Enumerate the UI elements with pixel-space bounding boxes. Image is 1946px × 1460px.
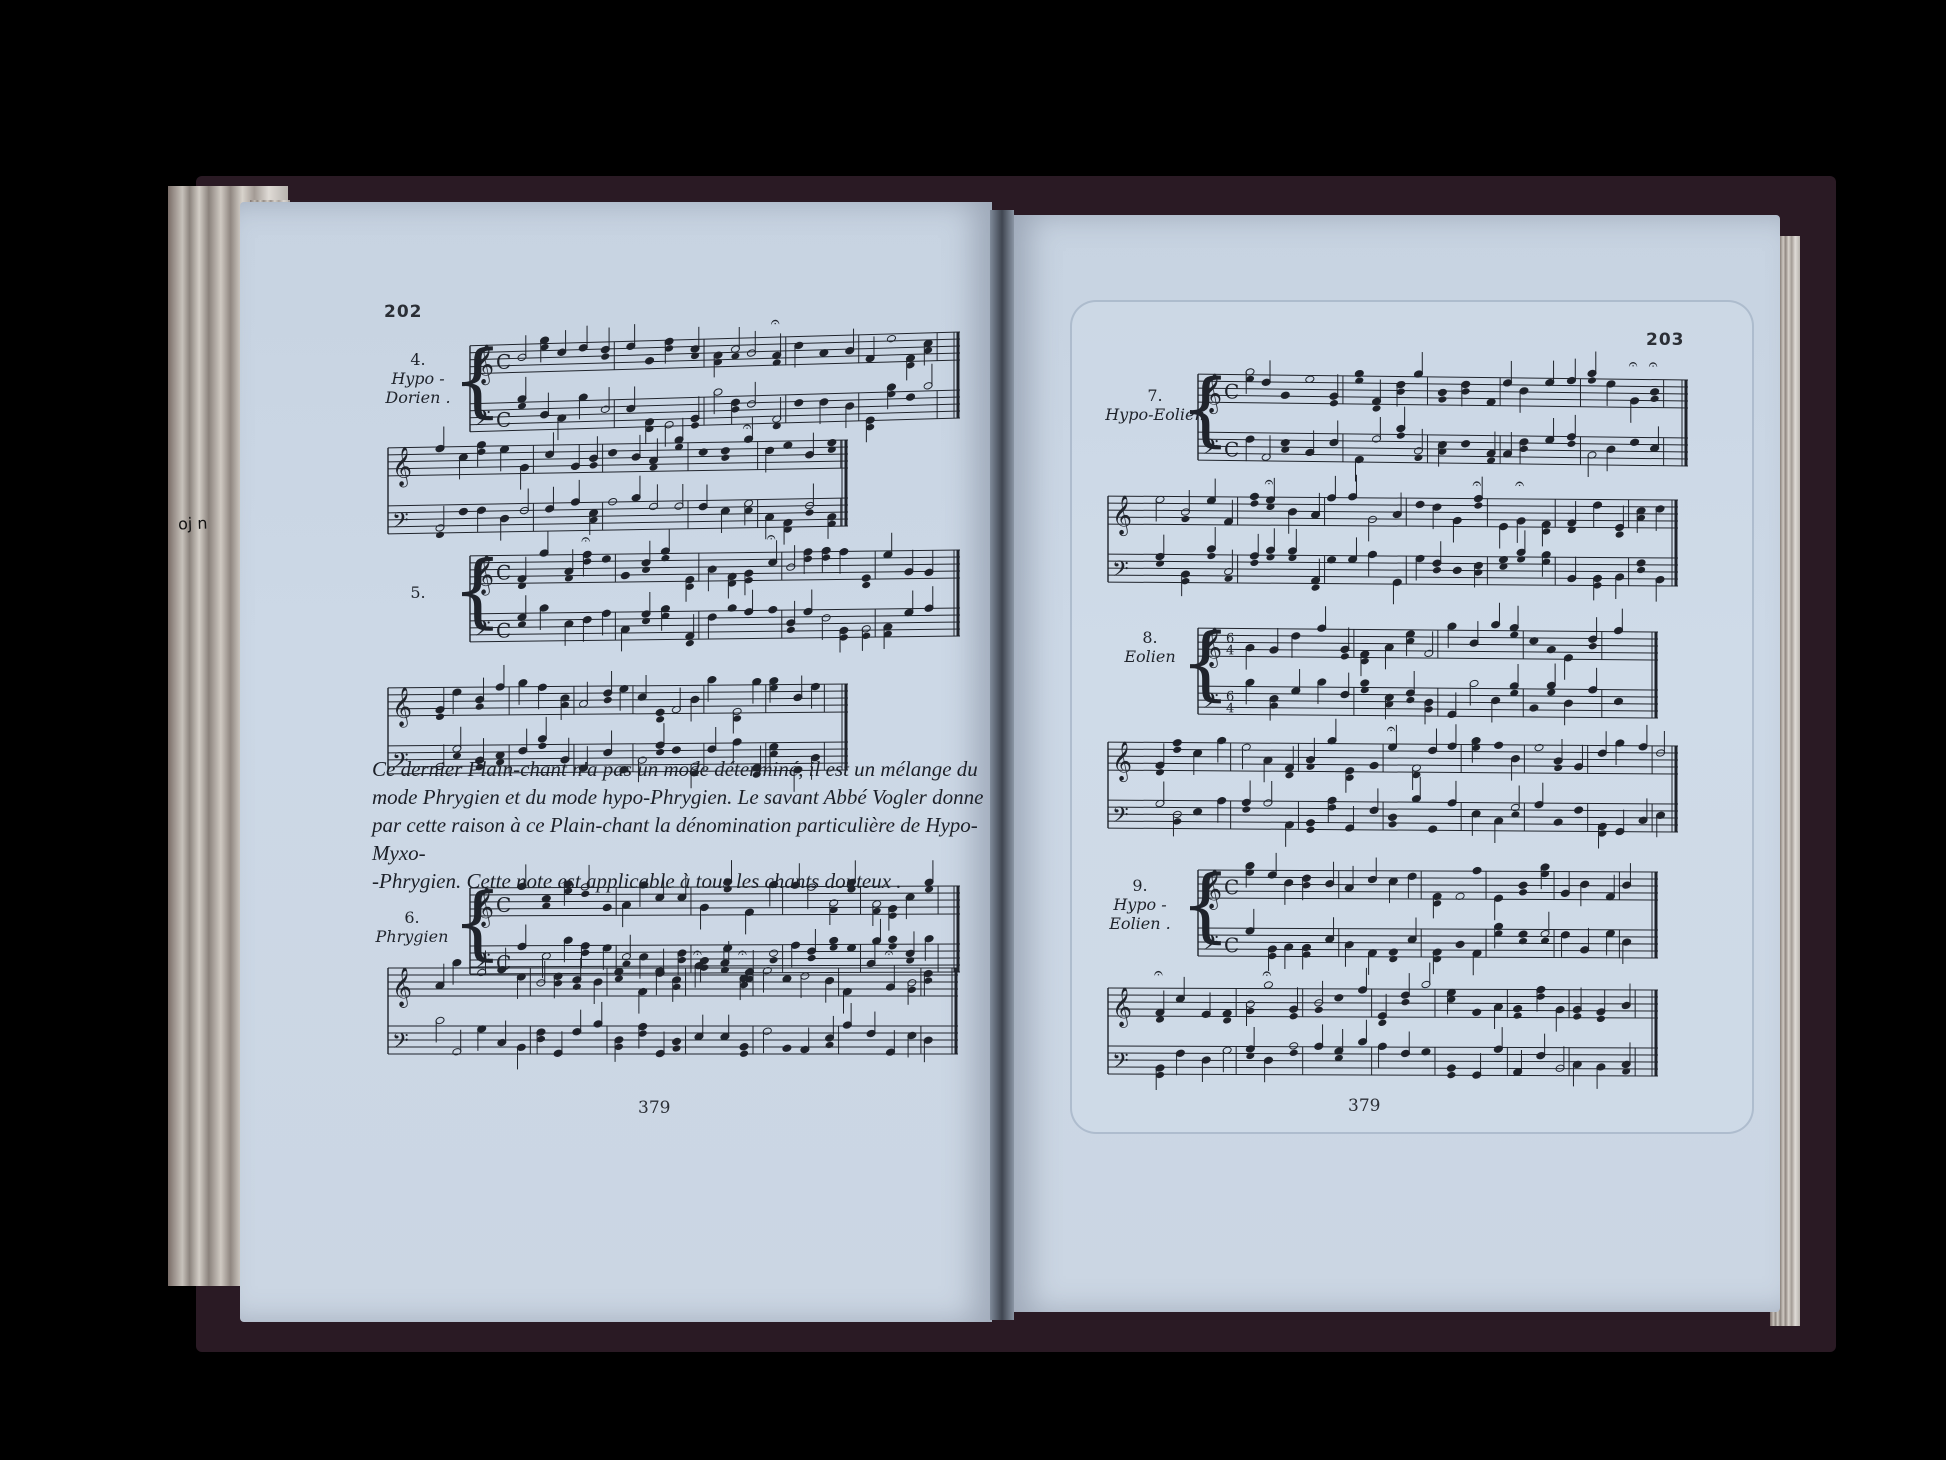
bass-clef-icon: 𝄢 — [1112, 803, 1129, 833]
fermata-icon: 𝄐 — [1265, 472, 1274, 491]
mode-name: Eolien — [1124, 647, 1175, 666]
example-label-9: 9. Hypo - Eolien . — [1100, 876, 1180, 933]
treble-clef-icon: 𝄞 — [1112, 987, 1132, 1028]
treble-clef-icon: 𝄞 — [392, 687, 412, 728]
time-signature: C — [496, 408, 511, 432]
example-label-6: 6. Phrygien — [362, 908, 462, 946]
grand-staff: 𝄞𝄢𝄐𝄐 — [1098, 980, 1658, 1090]
bass-clef-icon: 𝄢 — [392, 1029, 409, 1059]
mode-name: Hypo - — [1113, 895, 1166, 914]
example-number: 5. — [398, 583, 438, 602]
grand-staff: {𝄞𝄢6464 — [1188, 620, 1658, 730]
grand-staff: 𝄞𝄢𝄐 — [378, 440, 848, 550]
example-number: 6. — [362, 908, 462, 927]
time-signature: C — [1224, 379, 1239, 403]
treble-clef-icon: 𝄞 — [392, 967, 412, 1008]
fermata-icon: 𝄐 — [743, 417, 752, 436]
treble-clef-icon: 𝄞 — [474, 887, 494, 928]
mode-name: Hypo - — [391, 369, 444, 388]
fermata-icon: 𝄐 — [738, 943, 747, 962]
fermata-icon: 𝄐 — [885, 943, 894, 962]
grand-staff: {𝄞𝄢CC𝄐𝄐 — [460, 548, 960, 658]
fermata-icon: 𝄐 — [767, 527, 776, 546]
bass-clef-icon: 𝄢 — [392, 508, 409, 538]
plate-number-right: 379 — [1348, 1096, 1380, 1116]
time-signature: C — [1224, 875, 1239, 899]
treble-clef-icon: 𝄞 — [392, 446, 412, 487]
fermata-icon: 𝄐 — [1154, 963, 1163, 982]
example-number: 4. — [378, 350, 458, 369]
bass-clef-icon: 𝄢 — [474, 617, 491, 647]
plate-number-left: 379 — [638, 1098, 670, 1118]
fermata-icon: 𝄐 — [1515, 474, 1524, 493]
margin-mark: oj n — [178, 513, 208, 533]
mode-name-cont: Eolien . — [1109, 914, 1171, 933]
fermata-icon: 𝄐 — [693, 943, 702, 962]
paragraph-line: par cette raison à ce Plain-chant la dén… — [372, 811, 1022, 867]
bass-clef-icon: 𝄢 — [1112, 557, 1129, 587]
page-number-right: 203 — [1646, 330, 1685, 350]
treble-clef-icon: 𝄞 — [474, 555, 494, 596]
bass-clef-icon: 𝄢 — [1202, 689, 1219, 719]
example-label-5: 5. — [398, 583, 438, 602]
fermata-icon: 𝄐 — [771, 312, 780, 331]
time-signature: 4 — [1226, 643, 1234, 658]
treble-clef-icon: 𝄞 — [1112, 741, 1132, 782]
time-signature: C — [1224, 437, 1239, 461]
page-number-left: 202 — [384, 302, 423, 322]
example-label-8: 8. Eolien — [1110, 628, 1190, 666]
fermata-icon: 𝄐 — [1629, 354, 1638, 373]
grand-staff: 𝄞𝄢𝄐𝄐𝄐 — [1098, 488, 1678, 598]
grand-staff: {𝄞𝄢CC𝄐𝄐 — [1188, 366, 1688, 476]
mode-name: Phrygien — [376, 927, 449, 946]
treble-clef-icon: 𝄞 — [1112, 495, 1132, 536]
treble-clef-icon: 𝄞 — [1202, 627, 1222, 668]
example-number: 8. — [1110, 628, 1190, 647]
bass-clef-icon: 𝄢 — [1202, 435, 1219, 465]
fermata-icon: 𝄐 — [1472, 474, 1481, 493]
fermata-icon: 𝄐 — [1649, 355, 1658, 374]
grand-staff: 𝄞𝄢𝄐 — [1098, 734, 1678, 844]
time-signature: C — [496, 893, 511, 917]
bass-clef-icon: 𝄢 — [1202, 931, 1219, 961]
bass-clef-icon: 𝄢 — [1112, 1049, 1129, 1079]
treble-clef-icon: 𝄞 — [474, 344, 494, 386]
fermata-icon: 𝄐 — [581, 529, 590, 548]
time-signature: C — [1224, 933, 1239, 957]
time-signature: C — [496, 618, 511, 642]
mode-name-cont: Dorien . — [385, 388, 450, 407]
time-signature: 4 — [1226, 701, 1234, 716]
grand-staff: 𝄞𝄢𝄐𝄐𝄐 — [378, 960, 958, 1070]
grand-staff: {𝄞𝄢CC — [1188, 862, 1658, 972]
treble-clef-icon: 𝄞 — [1202, 373, 1222, 414]
treble-clef-icon: 𝄞 — [1202, 869, 1222, 910]
bass-clef-icon: 𝄢 — [474, 406, 491, 436]
grand-staff: 𝄞𝄢 — [378, 680, 848, 790]
grand-staff: {𝄞𝄢CC𝄐 — [460, 338, 960, 448]
time-signature: C — [496, 560, 511, 584]
bass-clef-icon: 𝄢 — [392, 749, 409, 779]
fermata-icon: 𝄐 — [1387, 719, 1396, 738]
time-signature: C — [496, 350, 511, 374]
example-label-4: 4. Hypo - Dorien . — [378, 350, 458, 407]
fermata-icon: 𝄐 — [1262, 964, 1271, 983]
example-number: 9. — [1100, 876, 1180, 895]
